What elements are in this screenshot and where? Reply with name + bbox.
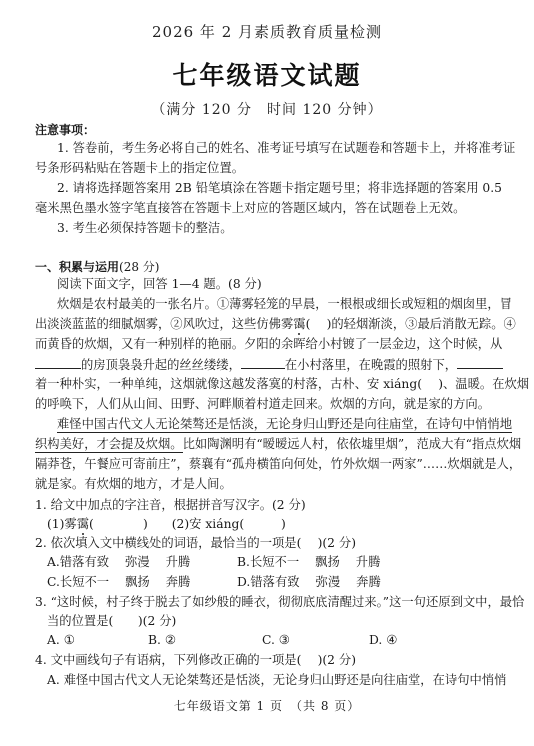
passage-line: 织构美好，才会提及炊烟。比如陶渊明有“暧暧远人村，依依墟里烟”，范成大有“指点炊… (35, 436, 521, 452)
passage-line: 就是家。有炊烟的地方，才是人间。 (35, 476, 232, 492)
exam-page: 2026 年 2 月素质教育质量检测 七年级语文试题 （满分 120 分 时间 … (0, 0, 534, 746)
dotted-char: 霭 (293, 317, 305, 331)
question-1-stem: 1. 给文中加点的字注音，根据拼音写汉字。(2 分) (35, 497, 306, 513)
exam-title: 七年级语文试题 (0, 56, 534, 92)
passage-line: 出淡淡蓝蓝的细腻烟雾，②风吹过，这些仿佛雾霭( )的轻烟渐淡，③最后消散无踪。④ (35, 316, 516, 332)
page-footer: 七年级语文第 1 页 （共 8 页） (0, 697, 534, 714)
passage-line-underlined: 难怪中国古代文人无论桀骜还是恬淡，无论身归山野还是向往庙堂，在诗句中悄悄地 (57, 416, 512, 432)
note-line: 3. 考生必须保持答题卡的整洁。 (57, 220, 233, 236)
passage-line: 隔莽苍，午餐应可寄前庄”，蔡襄有“孤舟横笛向何处，竹外炊烟一两家”……炊烟就是人… (35, 456, 521, 472)
option-a[interactable]: A. 难怪中国古代文人无论桀骜还是恬淡，无论身归山野还是向往庙堂，在诗句中悄悄 (47, 672, 506, 688)
question-1-subs: (1)雾霭( ) (2)安 xiáng( ) (47, 516, 286, 532)
section-title: 一、积累与运用 (35, 260, 119, 274)
passage-line: 的呼唤下，人们从山间、田野、河畔顺着村道走回来。炊烟的方向，就是家的方向。 (35, 396, 490, 412)
note-line: 2. 请将选择题答案用 2B 铅笔填涂在答题卡指定题号里；将非选择题的答案用 0… (57, 180, 502, 196)
fill-blank-3 (457, 356, 503, 369)
option-b[interactable]: B.长短不一飘扬升腾 (237, 554, 396, 570)
passage-line: 的房顶袅袅升起的丝丝缕缕，在小村落里，在晚霞的照射下， (35, 356, 503, 372)
notes-heading: 注意事项： (35, 121, 95, 138)
question-2-stem: 2. 依次填入文中横线处的词语，最恰当的一项是( )(2 分) (35, 535, 356, 551)
exam-session: 2026 年 2 月素质教育质量检测 (0, 21, 534, 42)
passage-line: 而黄昏的炊烟，又有一种别样的艳丽。夕阳的余晖给小村镀了一层金边，这个时候，从 (35, 336, 502, 352)
dotted-char: 霭 (77, 517, 89, 531)
note-line: 1. 答卷前，考生务必将自己的姓名、准考证号填写在试题卷和答题卡上，并将准考证 (57, 140, 515, 156)
exam-meta: （满分 120 分 时间 120 分钟） (0, 99, 534, 119)
option-c[interactable]: C. ③ (262, 632, 290, 648)
underlined-sentence: 难怪中国古代文人无论桀骜还是恬淡，无论身归山野还是向往庙堂，在诗句中悄悄地 (57, 417, 512, 433)
passage-line: 炊烟是农村最美的一张名片。①薄雾轻笼的早晨，一根根或细长或短粗的烟囱里，冒 (57, 296, 512, 312)
note-line: 毫米黑色墨水签字笔直接答在答题卡上对应的答题区域内，答在试题卷上无效。 (35, 200, 465, 216)
option-d[interactable]: D.错落有致弥漫奔腾 (237, 574, 397, 590)
option-d[interactable]: D. ④ (369, 632, 397, 648)
option-b[interactable]: B. ② (148, 632, 176, 648)
note-line: 号条形码粘贴在答题卡上的指定位置。 (35, 160, 244, 176)
fill-blank-2 (241, 356, 285, 369)
answer-blank: (2)安 xiáng( ) (172, 517, 286, 531)
reading-intro: 阅读下面文字，回答 1—4 题。(8 分) (57, 276, 262, 292)
section-points: (28 分) (119, 260, 159, 274)
option-a[interactable]: A.错落有致弥漫升腾 (47, 554, 206, 570)
answer-blank: ( ) (89, 517, 148, 531)
question-4-stem: 4. 文中画线句子有语病，下列修改正确的一项是( )(2 分) (35, 652, 356, 668)
option-c[interactable]: C.长短不一飘扬奔腾 (47, 574, 206, 590)
option-a[interactable]: A. ① (47, 632, 75, 648)
underlined-sentence: 织构美好，才会提及炊烟。 (35, 437, 183, 453)
passage-line: 着一种朴实，一种单纯，这烟就像这越发落寞的村落，古朴、安 xiáng( )、温暖… (35, 376, 529, 392)
question-3-stem-cont: 当的位置是( )(2 分) (47, 613, 176, 629)
section-heading: 一、积累与运用(28 分) (35, 258, 159, 275)
question-3-stem: 3. “这时候，村子终于脱去了如纱般的睡衣，彻彻底底清醒过来。”这一句还原到文中… (35, 594, 524, 610)
fill-blank-1 (35, 356, 81, 369)
